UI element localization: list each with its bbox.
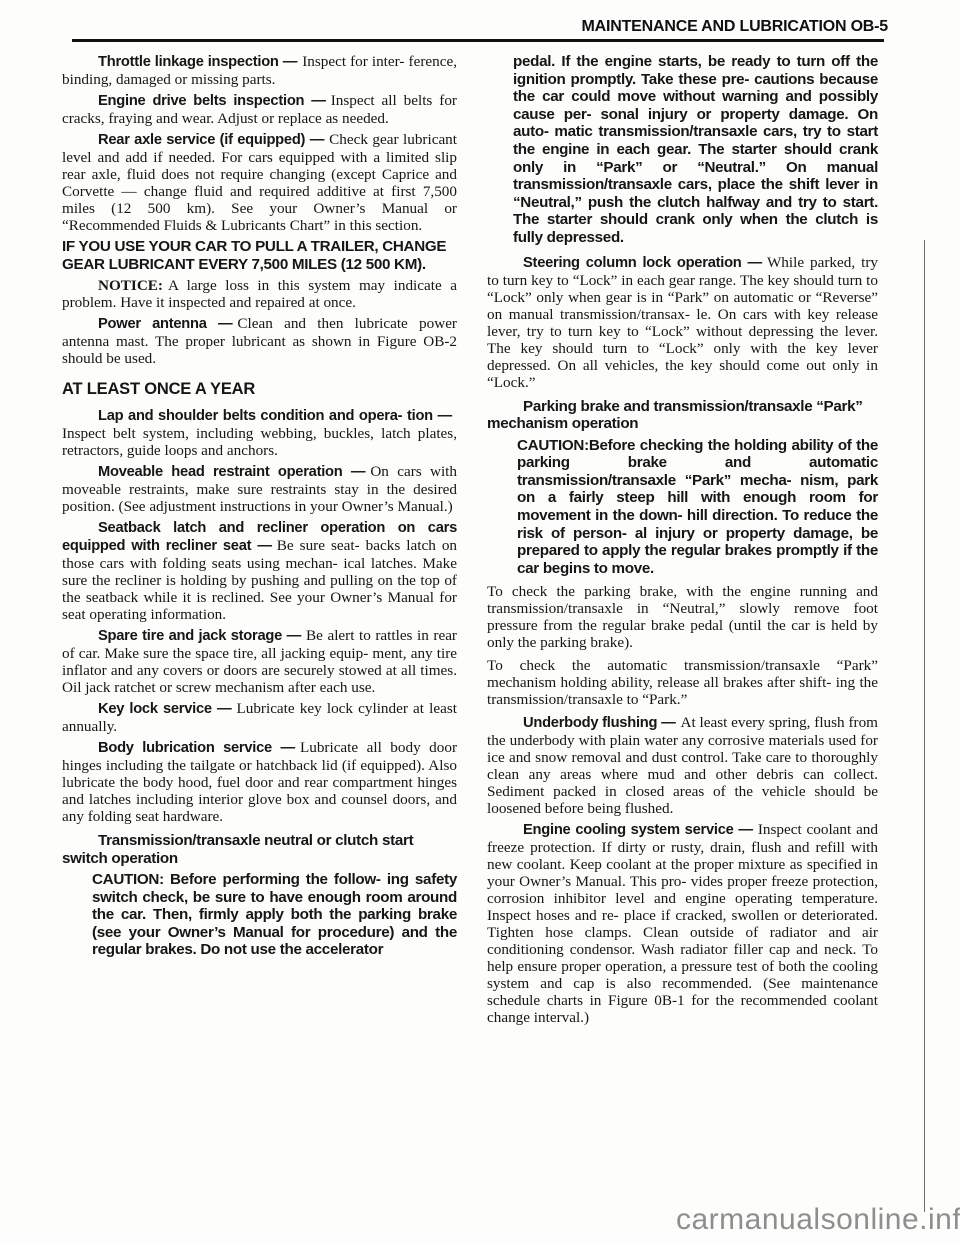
- paragraph-lead: Steering column lock operation —: [523, 255, 767, 271]
- caution-continuation-pedal: pedal. If the engine starts, be ready to…: [513, 53, 878, 247]
- paragraph-throttle-linkage: Throttle linkage inspection —Inspect for…: [62, 53, 457, 88]
- watermark: carmanualsonline.info: [676, 1203, 960, 1237]
- subheading-transmission-neutral-switch: Transmission/transaxle neutral or clutch…: [62, 832, 457, 867]
- paragraph-lead: Power antenna —: [98, 316, 237, 332]
- paragraph-lead: Engine cooling system service —: [523, 822, 758, 838]
- paragraph-underbody-flushing: Underbody flushing —At least every sprin…: [487, 714, 878, 817]
- paragraph-head-restraint: Moveable head restraint operation —On ca…: [62, 463, 457, 515]
- paragraph-lead: Rear axle service (if equipped) —: [98, 132, 329, 148]
- paragraph-engine-drive-belts: Engine drive belts inspection —Inspect a…: [62, 92, 457, 127]
- caution-block-safety-switch: CAUTION: Before performing the follow- i…: [92, 871, 457, 959]
- paragraph-lead: Lap and shoulder belts condition and ope…: [98, 408, 457, 424]
- paragraph-lead: NOTICE:: [98, 277, 168, 294]
- paragraph-key-lock-service: Key lock service —Lubricate key lock cyl…: [62, 700, 457, 735]
- paragraph-trailer-notice: IF YOU USE YOUR CAR TO PULL A TRAILER, C…: [62, 238, 457, 273]
- paragraph-power-antenna: Power antenna —Clean and then lubricate …: [62, 315, 457, 367]
- paragraph-seatback-latch: Seatback latch and recliner operation on…: [62, 519, 457, 623]
- left-column: Throttle linkage inspection —Inspect for…: [62, 53, 457, 965]
- paragraph-body-lubrication: Body lubrication service —Lubricate all …: [62, 739, 457, 825]
- paragraph-notice: NOTICE:A large loss in this system may i…: [62, 277, 457, 311]
- manual-page: MAINTENANCE AND LUBRICATION OB-5 Throttl…: [0, 0, 960, 1242]
- paragraph-lead: Throttle linkage inspection —: [98, 54, 302, 70]
- subheading-parking-brake-park-mechanism: Parking brake and transmission/transaxle…: [487, 398, 878, 433]
- paragraph-body: While parked, try to turn key to “Lock” …: [487, 254, 878, 391]
- paragraph-check-parking-brake: To check the parking brake, with the eng…: [487, 583, 878, 651]
- paragraph-spare-tire-jack: Spare tire and jack storage —Be alert to…: [62, 627, 457, 696]
- paragraph-engine-cooling-service: Engine cooling system service —Inspect c…: [487, 821, 878, 1026]
- paragraph-rear-axle-service: Rear axle service (if equipped) —Check g…: [62, 131, 457, 234]
- paragraph-lead: Body lubrication service —: [98, 740, 300, 756]
- paragraph-lead: Engine drive belts inspection —: [98, 93, 331, 109]
- right-column: pedal. If the engine starts, be ready to…: [487, 53, 878, 1030]
- section-heading-at-least-once-a-year: AT LEAST ONCE A YEAR: [62, 380, 457, 399]
- paragraph-body: Inspect coolant and freeze protection. I…: [487, 821, 878, 1026]
- page-edge-rule: [924, 240, 925, 1212]
- paragraph-lap-shoulder-belts: Lap and shoulder belts condition and ope…: [62, 407, 457, 459]
- paragraph-lead: Moveable head restraint operation —: [98, 464, 370, 480]
- paragraph-steering-column-lock: Steering column lock operation —While pa…: [487, 254, 878, 391]
- paragraph-lead: Underbody flushing —: [523, 715, 681, 731]
- paragraph-lead: Spare tire and jack storage —: [98, 628, 306, 644]
- header-rule: [72, 39, 884, 42]
- paragraph-body: Inspect belt system, including webbing, …: [62, 425, 457, 459]
- paragraph-lead: Key lock service —: [98, 701, 236, 717]
- paragraph-check-park-mechanism: To check the automatic transmission/tran…: [487, 657, 878, 708]
- caution-block-holding-ability: CAUTION:Before checking the holding abil…: [517, 437, 878, 578]
- page-header-title: MAINTENANCE AND LUBRICATION OB-5: [582, 18, 888, 36]
